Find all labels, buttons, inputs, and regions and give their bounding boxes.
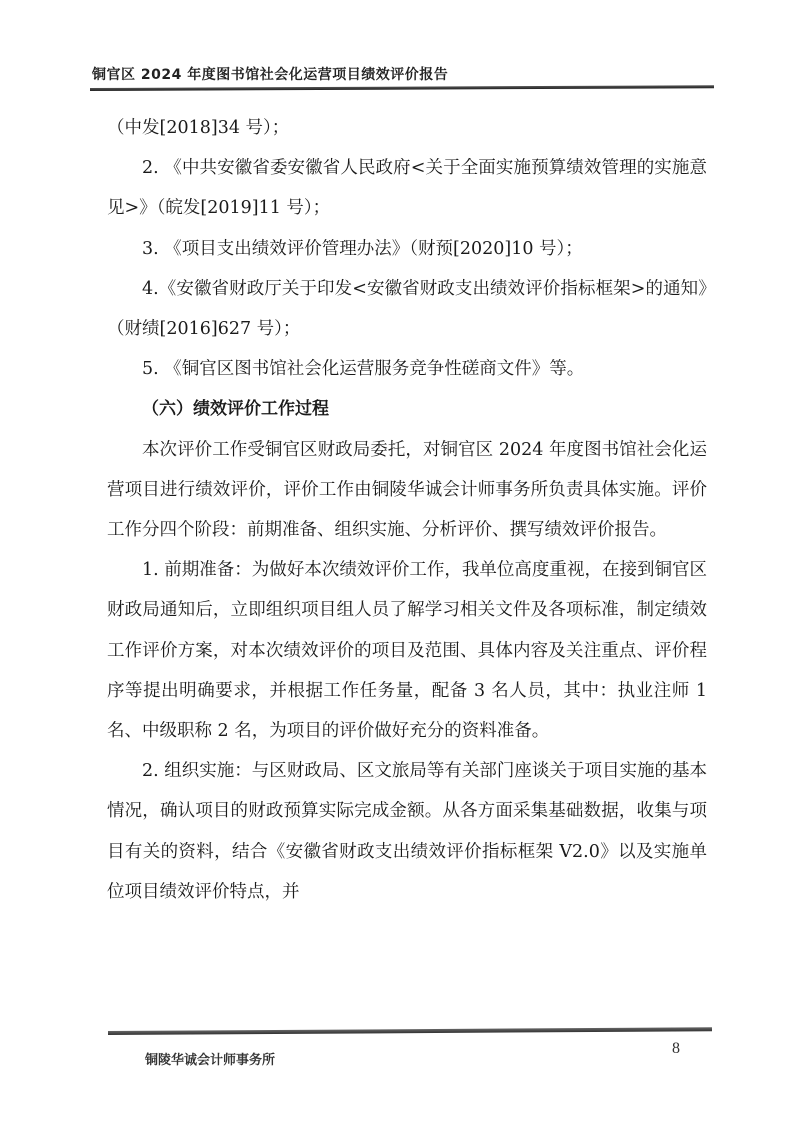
report-title: 铜官区 2024 年度图书馆社会化运营项目绩效评价报告 [92,67,448,83]
header-divider [90,85,714,91]
body-paragraph-preparation: 1. 前期准备：为做好本次绩效评价工作，我单位高度重视，在接到铜官区财政局通知后… [107,550,707,751]
citation-continuation: （中发[2018]34 号）； [107,108,707,148]
citation-item-5: 5. 《铜官区图书馆社会化运营服务竞争性磋商文件》等。 [107,349,707,389]
body-paragraph-implementation: 2. 组织实施：与区财政局、区文旅局等有关部门座谈关于项目实施的基本情况，确认项… [107,751,707,912]
citation-item-3: 3. 《项目支出绩效评价管理办法》（财预[2020]10 号）； [107,229,707,269]
body-paragraph-overview: 本次评价工作受铜官区财政局委托，对铜官区 2024 年度图书馆社会化运营项目进行… [107,430,707,551]
footer-divider [108,1027,712,1035]
citation-item-4: 4.《安徽省财政厅关于印发<安徽省财政支出绩效评价指标框架>的通知》（财绩[20… [107,269,707,349]
footer-organization: 铜陵华诚会计师事务所 [145,1049,275,1068]
page-number: 8 [672,1040,680,1058]
citation-item-2: 2. 《中共安徽省委安徽省人民政府<关于全面实施预算绩效管理的实施意见>》（皖发… [107,148,707,228]
page-body: （中发[2018]34 号）； 2. 《中共安徽省委安徽省人民政府<关于全面实施… [107,108,707,912]
running-header: 铜官区 2024 年度图书馆社会化运营项目绩效评价报告 [92,64,712,84]
section-heading: （六）绩效评价工作过程 [107,389,707,429]
